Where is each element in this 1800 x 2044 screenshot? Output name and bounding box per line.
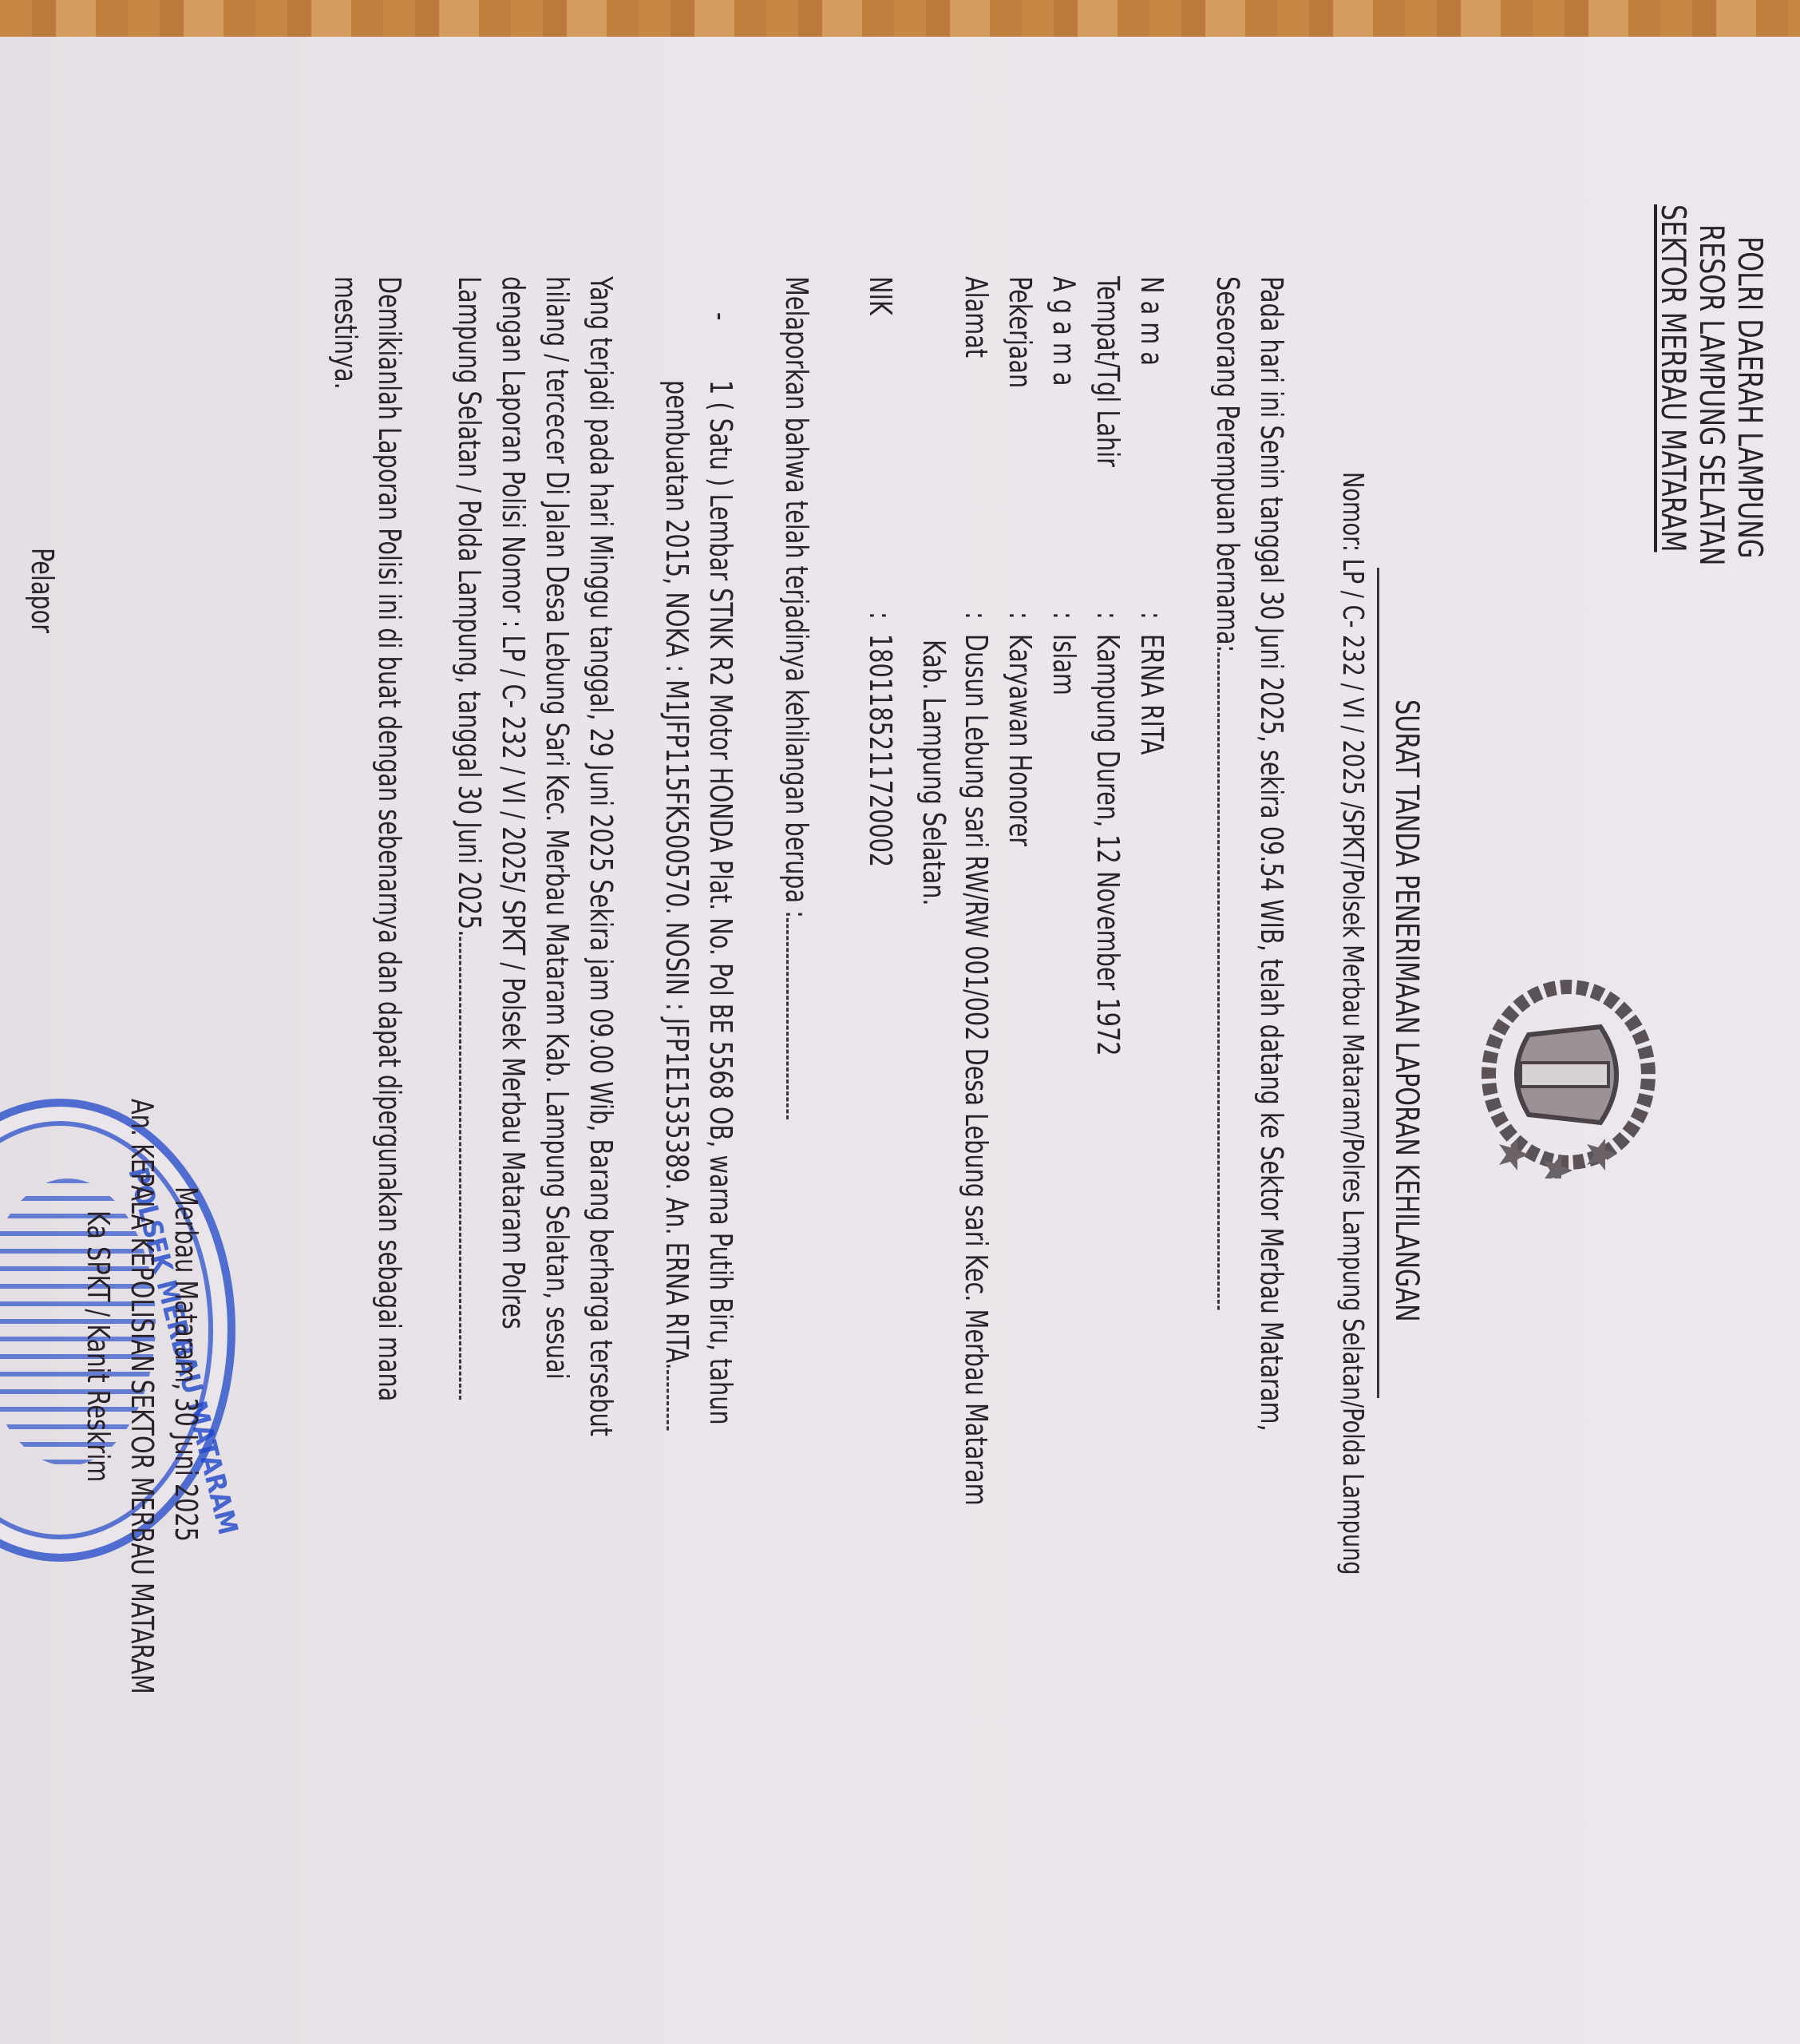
intro-line-2: Seseorang Perempuan bernama: bbox=[1210, 276, 1245, 1309]
wooden-table-background bbox=[0, 0, 1800, 38]
label-pekerjaan: Pekerjaan bbox=[1003, 276, 1038, 388]
label-agama: A g a m a bbox=[1046, 276, 1082, 386]
signature-place-date: Merbau Mataram, 30 Juni 2025 bbox=[168, 1186, 204, 1542]
rotated-page: POLRI DAERAH LAMPUNG RESOR LAMPUNG SELAT… bbox=[0, 37, 1800, 2044]
closing-line-1: Demikianlah Laporan Polisi ini di buat d… bbox=[372, 276, 407, 1401]
dotted-fill bbox=[1217, 652, 1220, 1309]
header-line-1: POLRI DAERAH LAMPUNG bbox=[1731, 236, 1768, 558]
document-number: Nomor: LP / C- 232 / VI / 2025 /SPKT/Pol… bbox=[1336, 472, 1369, 1575]
header-line-2: RESOR LAMPUNG SELATAN bbox=[1693, 224, 1730, 565]
value-alamat-2: Kab. Lampung Selatan. bbox=[916, 640, 951, 906]
lost-item-line-1: 1 ( Satu ) Lembar STNK R2 Motor HONDA Pl… bbox=[703, 380, 738, 1425]
value-alamat: : Dusun Lebung sari RW/RW 001/002 Desa L… bbox=[959, 612, 994, 1506]
closing-line-2: mestinya. bbox=[328, 276, 363, 390]
signature-position: Ka SPKT / Kanit Reskrim bbox=[81, 1210, 116, 1482]
document-sheet: POLRI DAERAH LAMPUNG RESOR LAMPUNG SELAT… bbox=[0, 37, 1800, 2044]
header-line-3: SEKTOR MERBAU MATARAM bbox=[1655, 204, 1691, 552]
incident-line-1: Yang terjadi pada hari Minggu tanggal, 2… bbox=[584, 276, 619, 1436]
document-title: SURAT TANDA PENERIMAAN LAPORAN KEHILANGA… bbox=[1388, 699, 1425, 1322]
report-intro: Melaporkan bahwa telah terjadinya kehila… bbox=[779, 276, 814, 1119]
dotted-fill bbox=[459, 937, 461, 1400]
police-emblem-icon bbox=[1473, 971, 1664, 1178]
label-nama: N a m a bbox=[1134, 276, 1169, 366]
incident-line-2: hilang / tercecer Di Jalan Desa Lebung S… bbox=[540, 276, 575, 1380]
label-alamat: Alamat bbox=[959, 276, 994, 358]
dotted-fill bbox=[667, 1370, 669, 1431]
label-nik: NIK bbox=[863, 276, 898, 315]
intro-text: Seseorang Perempuan bernama: bbox=[1210, 276, 1245, 652]
title-rule bbox=[1377, 568, 1379, 1398]
value-nik: : 1801185211720002 bbox=[863, 612, 898, 867]
value-pekerjaan: : Karyawan Honorer bbox=[1003, 612, 1038, 846]
value-nama: : ERNA RITA bbox=[1134, 612, 1169, 755]
bullet: - bbox=[703, 312, 738, 320]
value-ttl: : Kampung Duren, 12 November 1972 bbox=[1090, 612, 1125, 1056]
intro-line-1: Pada hari ini Senin tanggal 30 Juni 2025… bbox=[1254, 276, 1289, 1432]
reporter-label: Pelapor bbox=[25, 548, 60, 633]
signature-on-behalf: An. KEPALA KEPOLISIAN SEKTOR MERBAU MATA… bbox=[125, 1099, 160, 1694]
lost-item-line-2: pembuatan 2015, NOKA : M1JFP115FK500570.… bbox=[659, 380, 694, 1430]
dotted-fill bbox=[786, 918, 789, 1119]
value-agama: : Islam bbox=[1046, 612, 1082, 695]
incident-line-4: Lampung Selatan / Polda Lampung, tanggal… bbox=[452, 276, 487, 1400]
label-ttl: Tempat/Tgl Lahir bbox=[1090, 276, 1125, 467]
incident-line-3: dengan Laporan Polisi Nomor : LP / C- 23… bbox=[496, 276, 531, 1329]
